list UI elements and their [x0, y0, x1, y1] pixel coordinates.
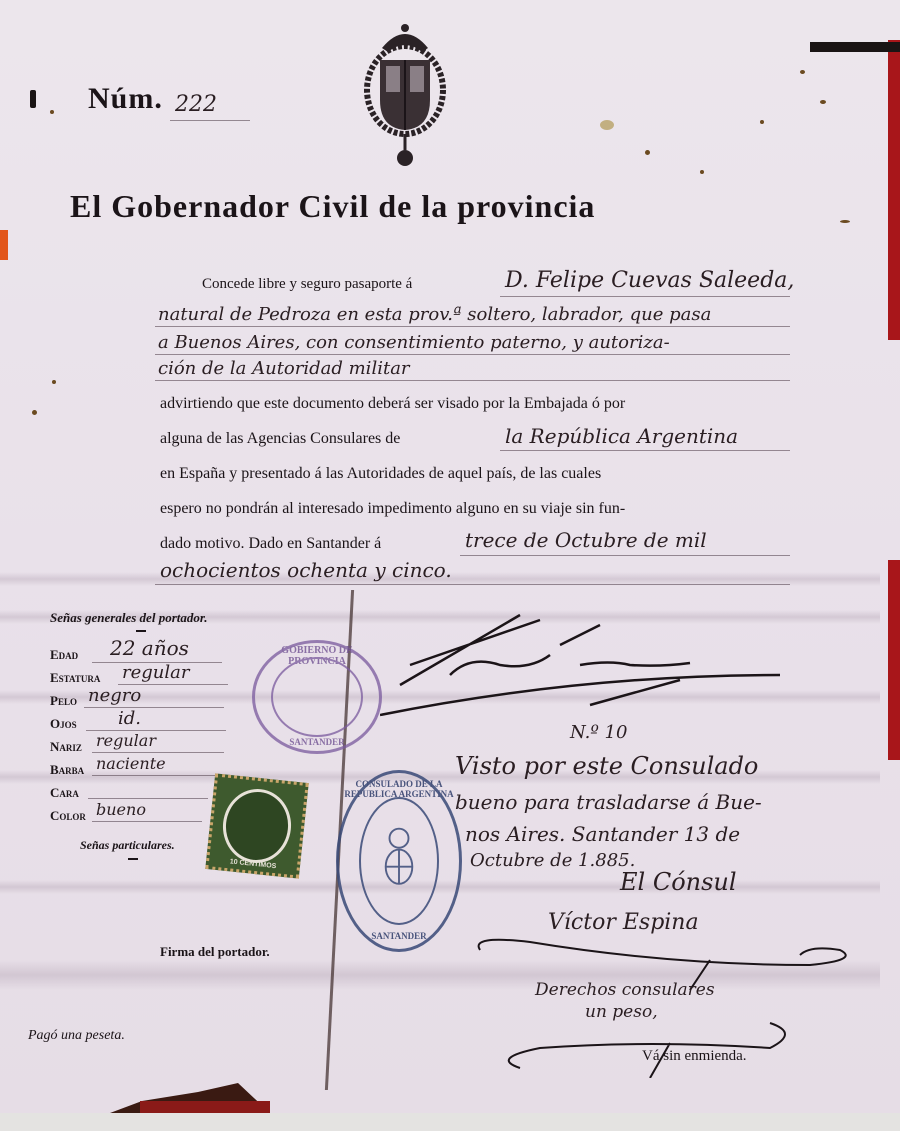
field-value-nariz: regular	[96, 731, 156, 750]
field-value-ojos: id.	[118, 708, 141, 729]
field-label-edad: Edad	[50, 647, 78, 663]
impediment-text: espero no pondrán al interesado impedime…	[160, 500, 625, 518]
features-heading: Señas generales del portador.	[50, 610, 207, 626]
revenue-stamp: 10 CENTIMOS	[205, 773, 309, 878]
argentine-coat-of-arms-icon	[361, 799, 437, 923]
visa-line-2: bueno para trasladarse á Bue-	[455, 790, 762, 814]
bearer-origin: natural de Pedroza en esta prov.ª solter…	[158, 304, 711, 325]
visa-line-3: nos Aires. Santander 13 de	[465, 822, 740, 846]
field-label-cara: Cara	[50, 785, 79, 801]
field-label-pelo: Pelo	[50, 693, 77, 709]
field-value-edad: 22 años	[110, 636, 189, 660]
orange-backing-edge	[0, 230, 8, 260]
issued-in-text: dado motivo. Dado en Santander á	[160, 535, 381, 553]
torn-corner-red	[140, 1101, 270, 1113]
particular-features-heading: Señas particulares.	[80, 838, 175, 853]
military-authorization: ción de la Autoridad militar	[158, 358, 410, 379]
bearer-signature-label: Firma del portador.	[160, 944, 270, 960]
governor-signature	[380, 605, 780, 720]
field-label-ojos: Ojos	[50, 716, 77, 732]
field-label-barba: Barba	[50, 762, 84, 778]
number-label: Núm.	[88, 82, 163, 116]
visa-line-1: Visto por este Consulado	[455, 752, 758, 780]
grant-text: Concede libre y seguro pasaporte á	[202, 276, 412, 293]
red-backing-edge	[888, 560, 900, 760]
field-value-estatura: regular	[122, 662, 189, 683]
document-title: El Gobernador Civil de la provincia	[70, 188, 595, 225]
red-backing-edge	[888, 40, 900, 340]
issue-date-year: ochocientos ochenta y cinco.	[160, 558, 452, 582]
fee-paid-label: Pagó una peseta.	[28, 1028, 125, 1044]
issue-date-day-month: trece de Octubre de mil	[465, 528, 707, 552]
consular-agencies-text: alguna de las Agencias Consulares de	[160, 430, 400, 448]
destination-country: la República Argentina	[505, 424, 738, 448]
field-value-pelo: negro	[88, 685, 141, 706]
consul-title: El Cónsul	[620, 868, 737, 896]
visa-date: Octubre de 1.885.	[470, 850, 635, 871]
no-amendment-label: Vá sin enmienda.	[642, 1048, 747, 1065]
argentine-consulate-seal: CONSULADO DE LA REPUBLICA ARGENTINA SANT…	[336, 770, 462, 952]
number-value: 222	[175, 92, 217, 117]
field-label-estatura: Estatura	[50, 670, 100, 686]
visa-number: N.º 10	[570, 722, 627, 743]
consular-fees: Derechos consulares	[535, 980, 715, 1000]
authorities-text: en España y presentado á las Autoridades…	[160, 465, 601, 483]
passport-document: Núm. 222 El Gobernador Civil de la provi…	[0, 0, 900, 1113]
field-value-barba: naciente	[96, 754, 166, 773]
torn-edge-shadow	[810, 42, 900, 52]
field-label-color: Color	[50, 808, 86, 824]
field-value-color: bueno	[96, 800, 146, 819]
visa-warning-text: advirtiendo que este documento deberá se…	[160, 395, 625, 413]
field-label-nariz: Nariz	[50, 739, 82, 755]
provincial-government-seal: GOBIERNO DE PROVINCIA SANTANDER	[252, 640, 382, 754]
royal-coat-of-arms-icon	[362, 18, 448, 168]
bearer-name: D. Felipe Cuevas Saleeda,	[505, 268, 794, 293]
destination-text: a Buenos Aires, con consentimiento pater…	[158, 332, 670, 353]
